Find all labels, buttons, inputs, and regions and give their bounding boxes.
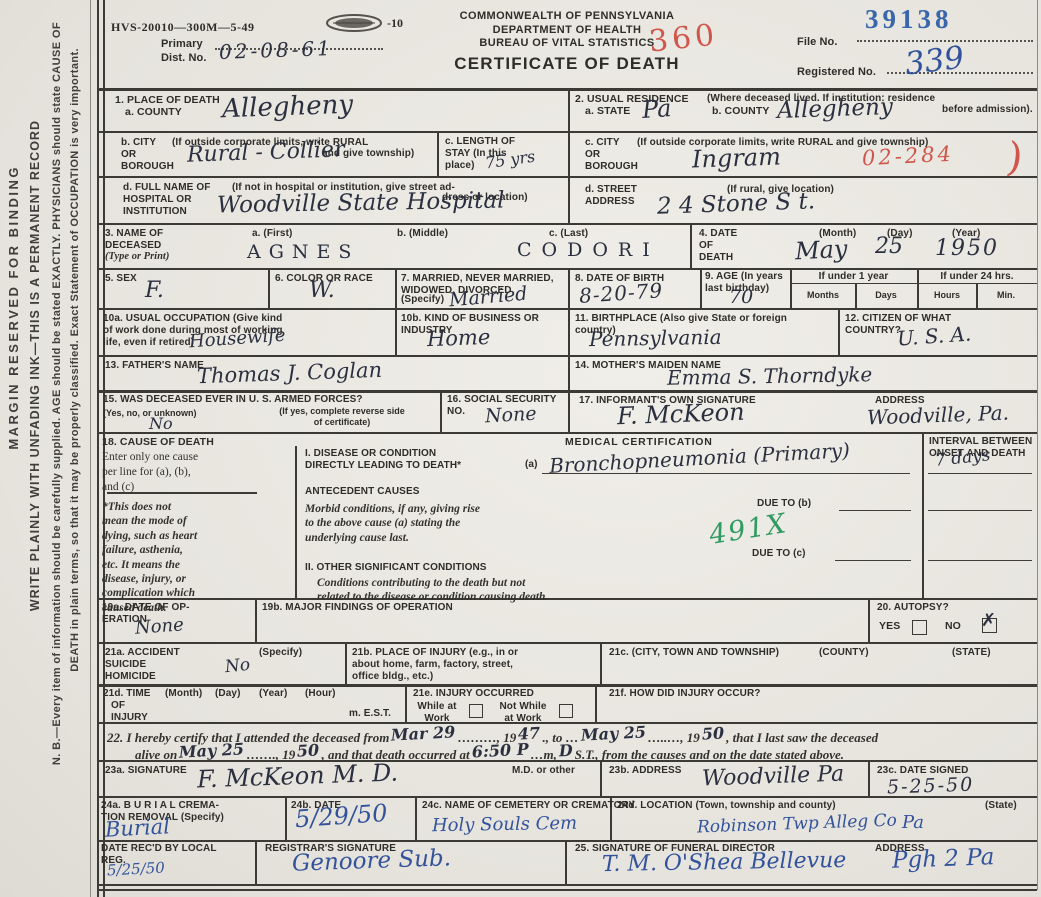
field-21c-county-label: (COUNTY) — [819, 647, 869, 659]
field-1b-value: Rural - Collier — [187, 139, 345, 166]
grid-line — [690, 223, 692, 268]
field-2a-label: a. STATE — [585, 105, 630, 118]
grid-line — [600, 642, 602, 684]
file-number-stamp: 39138 — [865, 4, 953, 35]
field-21a-value: No — [224, 657, 251, 677]
field-21d-month-label: (Month) — [165, 688, 202, 700]
field-9-days-label: Days — [857, 290, 915, 301]
field-1-title: 1. PLACE OF DEATH — [115, 94, 220, 107]
registered-no-label: Registered No. — [797, 66, 876, 79]
field-22-text: S.T., from the causes and on the date st… — [575, 747, 844, 762]
field-4-day-value: 25 — [875, 236, 903, 258]
grid-line — [568, 88, 570, 223]
field-2d-label: d. STREET ADDRESS — [585, 184, 637, 208]
field-22-text: I hereby certify that I attended the dec… — [127, 730, 390, 745]
field-2c-value: Ingram — [692, 144, 782, 171]
grid-line — [97, 223, 1037, 225]
grid-line — [97, 88, 1037, 91]
field-18-antecedent-label: ANTECEDENT CAUSES — [305, 486, 420, 498]
grid-line — [395, 268, 397, 308]
margin-nb-note-line2: DEATH in plain terms, so that it may be … — [69, 48, 81, 672]
field-21d-label: 21d. TIME — [103, 688, 151, 700]
grid-line — [97, 268, 1037, 270]
field-18-interval-value: 7 days — [934, 447, 991, 470]
grid-line — [568, 268, 570, 308]
field-8-value: 8-20-79 — [578, 280, 663, 306]
grid-line — [255, 840, 257, 884]
field-1a-label: a. COUNTY — [125, 106, 182, 119]
field-18-disease-label: I. DISEASE OR CONDITION DIRECTLY LEADING… — [305, 448, 461, 472]
grid-line — [97, 390, 1037, 393]
field-6-value: W. — [309, 280, 335, 302]
field-1d-label: d. FULL NAME OF HOSPITAL OR INSTITUTION — [123, 182, 210, 218]
field-4-month-value: May — [794, 237, 848, 264]
field-25-address-value: Pgh 2 Pa — [892, 846, 995, 873]
field-22-text: …..…, 19 — [648, 730, 700, 745]
grid-line — [285, 796, 287, 840]
field-22-text: …m, — [530, 747, 556, 762]
field-11-value: Pennsylvania — [589, 327, 722, 349]
grid-line — [405, 684, 407, 722]
field-18-other-label: II. OTHER SIGNIFICANT CONDITIONS — [305, 562, 487, 574]
field-9-under1-label: If under 1 year — [790, 271, 917, 283]
field-17-address-value: Woodville, Pa. — [867, 403, 1010, 428]
margin-permanent-note: WRITE PLAINLY WITH UNFADING INK—THIS IS … — [28, 120, 42, 611]
field-21a-label: 21a. ACCIDENT SUICIDE HOMICIDE — [105, 647, 180, 683]
form-body: HVS-20010—300M—5-49 -10 Primary Dist. No… — [97, 0, 1041, 897]
field-18-interval-line2 — [928, 510, 1032, 511]
field-13-value: Thomas J. Coglan — [197, 360, 383, 387]
grid-line — [568, 390, 570, 432]
field-5-value: F. — [145, 280, 164, 302]
field-21f-label: 21f. HOW DID INJURY OCCUR? — [609, 688, 761, 700]
field-18-note2: *This does not mean the mode of dying, s… — [102, 500, 287, 615]
field-19a-value: None — [134, 616, 184, 637]
field-12-value: U. S. A. — [896, 323, 971, 348]
field-24c-label: 24c. NAME OF CEMETERY OR CREMATORY — [422, 800, 635, 812]
field-2d-value: 2 4 Stone S t. — [657, 190, 816, 219]
field-18-title: 18. CAUSE OF DEATH — [102, 436, 214, 449]
field-18-other-text: Conditions contributing to the death but… — [317, 576, 548, 605]
field-22-number: 22. — [107, 730, 123, 745]
field-2-title: 2. USUAL RESIDENCE — [575, 93, 689, 106]
field-18-a-tag: (a) — [525, 459, 538, 471]
field-23a-md-label: M.D. or other — [512, 765, 575, 777]
field-3b-label: b. (Middle) — [397, 228, 448, 240]
field-22-time-value: 6:50 P — [471, 740, 529, 762]
field-21c-state-label: (STATE) — [952, 647, 991, 659]
field-22-alive-year: 50 — [297, 740, 320, 760]
grid-line — [568, 355, 570, 390]
field-21d-est-label: m. E.S.T. — [349, 708, 391, 720]
field-19b-label: 19b. MAJOR FINDINGS OF OPERATION — [262, 602, 453, 614]
page-edge-rule — [90, 0, 91, 897]
field-22-certify-line2: alive onMay 25……., 1950, and that death … — [135, 744, 844, 763]
field-9-min-label: Min. — [977, 290, 1035, 301]
grid-line — [565, 840, 567, 884]
field-3-title: 3. NAME OF DECEASED — [105, 228, 163, 252]
field-13-label: 13. FATHER'S NAME — [105, 360, 204, 372]
field-18-note1: Enter only one cause per line for (a), (… — [102, 450, 287, 495]
field-22-text: alive on — [135, 747, 177, 762]
field-15-value: No — [149, 416, 173, 432]
field-9-months-label: Months — [792, 290, 854, 301]
field-3-first-name: AGNES — [247, 243, 359, 262]
field-15-label: 15. WAS DECEASED EVER IN U. S. ARMED FOR… — [103, 394, 363, 406]
certificate-title: CERTIFICATE OF DEATH — [392, 54, 742, 74]
field-1d-value: Woodville State Hospital — [217, 189, 505, 217]
field-18-note-divider — [107, 492, 257, 494]
field-22-to-year: 50 — [701, 723, 724, 743]
grid-line — [395, 308, 397, 355]
field-20-label: 20. AUTOPSY? — [877, 602, 949, 614]
field-21b-label: 21b. PLACE OF INJURY (e.g., in or about … — [352, 647, 518, 683]
grid-line — [97, 684, 1037, 687]
field-21a-specify: (Specify) — [259, 647, 302, 659]
field-22-text: ……., 19 — [246, 747, 295, 762]
field-21d-year-label: (Year) — [259, 688, 287, 700]
field-23a-signature: F. McKeon M. D. — [197, 760, 399, 791]
field-23a-label: 23a. SIGNATURE — [105, 765, 187, 777]
registered-no-value: 339 — [903, 43, 966, 81]
grid-line — [868, 598, 870, 642]
grid-line — [97, 889, 1037, 891]
field-18-b-line — [839, 510, 911, 511]
field-18-morbid-text: Morbid conditions, if any, giving rise t… — [305, 502, 480, 545]
field-24a-value: Burial — [104, 816, 170, 840]
field-22-alive-date: May 25 — [179, 739, 245, 761]
field-25-signature: T. M. O'Shea Bellevue — [602, 850, 847, 876]
margin-nb-note-line1: N. B.—Every item of information should b… — [51, 22, 63, 765]
field-3-subtitle: (Type or Print) — [105, 250, 169, 263]
field-1c-value: 75 yrs — [484, 149, 536, 172]
field-18-interval-line3 — [928, 560, 1032, 561]
grid-line — [415, 796, 417, 840]
margin-binding-note: MARGIN RESERVED FOR BINDING — [6, 165, 21, 450]
grid-line — [97, 884, 1037, 886]
grid-line — [97, 432, 1037, 434]
field-2c-label: c. CITY OR BOROUGH — [585, 137, 638, 173]
grid-line — [97, 131, 1037, 133]
red-flourish-mark: ) — [1004, 137, 1025, 179]
field-3a-label: a. (First) — [252, 228, 292, 240]
grid-line — [600, 760, 602, 796]
seal-icon — [325, 14, 383, 37]
field-24d-value: Robinson Twp Alleg Co — [697, 813, 897, 837]
field-23c-value: 5-25-50 — [887, 775, 975, 797]
field-21d-hour-label: (Hour) — [305, 688, 336, 700]
field-21d-day-label: (Day) — [215, 688, 241, 700]
field-7-specify: (Specify) — [401, 294, 444, 306]
field-23b-label: 23b. ADDRESS — [609, 765, 682, 777]
field-9-hours-label: Hours — [919, 290, 975, 301]
field-15-paren2: (If yes, complete reverse side of certif… — [247, 406, 437, 428]
field-21d-of-injury-label: OF INJURY — [111, 700, 148, 724]
field-2b-value: Allegheny — [777, 96, 894, 123]
field-20-no-label: NO — [945, 620, 961, 633]
field-22-text: , that I last saw the deceased — [726, 730, 878, 745]
field-3-last-name: CODORI — [517, 241, 660, 260]
field-24d-state-label: (State) — [985, 800, 1017, 812]
grid-line — [295, 446, 297, 598]
grid-line — [345, 642, 347, 684]
field-22-from-date: Mar 29 — [391, 722, 456, 744]
field-22-to-date: May 25 — [580, 722, 646, 744]
field-1b-label: b. CITY OR BOROUGH — [121, 137, 174, 173]
dist-no-value: 02-08-61 — [219, 38, 334, 62]
field-7-value: Married — [448, 285, 528, 311]
field-18-interval-line1 — [928, 473, 1032, 474]
field-1a-value: Allegheny — [222, 92, 354, 123]
primary-label: Primary — [161, 38, 203, 51]
field-9-value: 70 — [729, 288, 753, 307]
field-17-signature: F. McKeon — [617, 400, 745, 428]
file-no-label: File No. — [797, 36, 838, 49]
grid-line — [700, 268, 702, 308]
grid-line — [97, 176, 1037, 178]
field-14-value: Emma S. Thorndyke — [667, 364, 873, 388]
field-5-label: 5. SEX — [105, 273, 137, 285]
grid-line — [922, 432, 924, 598]
field-22-dst-letter: D — [558, 741, 573, 761]
grid-line — [838, 308, 840, 355]
field-20-yes-checkbox — [912, 620, 927, 635]
grid-line — [97, 308, 1037, 310]
grid-line — [97, 722, 1037, 724]
field-21e-label: 21e. INJURY OCCURRED — [413, 688, 534, 700]
field-24d-label: 24d. LOCATION (Town, township and county… — [617, 800, 836, 812]
field-21e-notwhile-label: Not While at Work — [493, 701, 553, 725]
field-registrar-signature: Genoore Sub. — [292, 847, 452, 876]
field-18-cause-code: 491X — [707, 510, 789, 549]
grid-line — [97, 355, 1037, 357]
grid-line — [568, 308, 570, 355]
field-2b-label: b. COUNTY — [712, 105, 769, 118]
grid-line — [868, 760, 870, 796]
grid-line — [97, 642, 1037, 644]
field-2c-district-code: 02-284 — [862, 144, 955, 170]
grid-line — [440, 390, 442, 432]
field-16-value: None — [485, 405, 537, 427]
red-code-stamp: 360 — [648, 20, 720, 57]
grid-line — [595, 684, 597, 722]
field-18-due-to-c-label: DUE TO (c) — [752, 548, 806, 560]
field-23b-value: Woodville Pa — [702, 764, 845, 791]
field-2a-value: Pa — [641, 96, 672, 122]
field-2-paren2: before admission). — [942, 104, 1033, 116]
grid-line — [97, 840, 1037, 842]
grid-line — [790, 283, 1037, 284]
grid-line — [268, 268, 270, 308]
field-10b-value: Home — [427, 327, 491, 350]
grid-line — [437, 131, 439, 176]
death-certificate-scan: MARGIN RESERVED FOR BINDING WRITE PLAINL… — [0, 0, 1041, 897]
field-20-yes-label: YES — [879, 620, 900, 633]
dist-no-label: Dist. No. — [161, 52, 207, 65]
field-20-no-checkmark: ✗ — [981, 612, 996, 630]
field-4-title: 4. DATE OF DEATH — [699, 228, 737, 264]
field-4-year-value: 1950 — [935, 238, 999, 260]
field-21e-while-label: While at Work — [411, 701, 463, 725]
field-recd-value: 5/25/50 — [107, 860, 166, 878]
field-21e-while-checkbox — [469, 704, 483, 718]
field-18-c-line — [835, 560, 911, 561]
field-9-under24-label: If under 24 hrs. — [917, 271, 1037, 283]
field-24b-value: 5/29/50 — [294, 801, 388, 831]
field-21e-notwhile-checkbox — [559, 704, 573, 718]
form-number: HVS-20010—300M—5-49 — [111, 20, 255, 35]
field-21c-label: 21c. (CITY, TOWN AND TOWNSHIP) — [609, 647, 779, 659]
field-24d-state-value: Pa — [902, 814, 924, 832]
field-24c-value: Holy Souls Cem — [432, 815, 577, 836]
